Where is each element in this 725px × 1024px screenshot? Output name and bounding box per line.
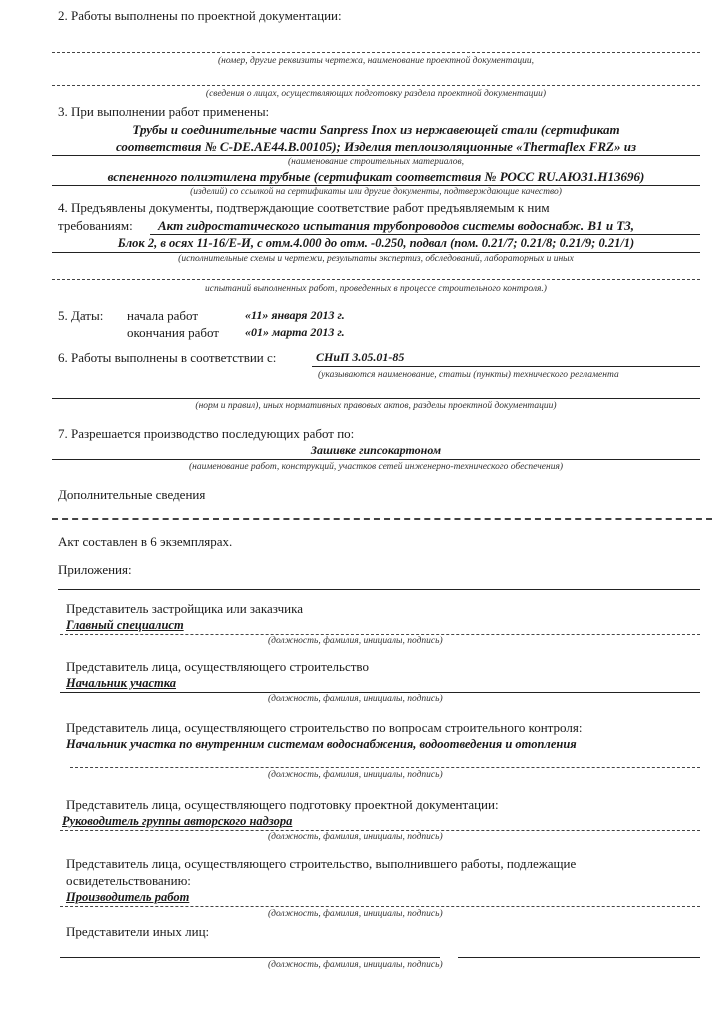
customer-rep-caption: (должность, фамилия, инициалы, подпись) bbox=[268, 636, 443, 646]
contractor-rep-label2: освидетельствованию: bbox=[66, 873, 191, 889]
customer-rep-label: Представитель застройщика или заказчика bbox=[66, 601, 303, 617]
additional-info-label: Дополнительные сведения bbox=[58, 487, 205, 503]
documents-underline2 bbox=[52, 252, 700, 253]
copies-text: Акт составлен в 6 экземплярах. bbox=[58, 534, 232, 550]
materials-underline2 bbox=[52, 185, 700, 186]
section4-heading: 4. Предъявлены документы, подтверждающие… bbox=[58, 200, 550, 216]
designers-line[interactable] bbox=[52, 85, 700, 86]
section5-heading: 5. Даты: bbox=[58, 308, 103, 324]
contractor-rep-caption: (должность, фамилия, инициалы, подпись) bbox=[268, 909, 443, 919]
start-date-label: начала работ bbox=[127, 308, 198, 324]
end-date-label: окончания работ bbox=[127, 325, 219, 341]
section6-heading: 6. Работы выполнены в соответствии с: bbox=[58, 350, 276, 366]
section7-heading: 7. Разрешается производство последующих … bbox=[58, 426, 354, 442]
other-reps-caption: (должность, фамилия, инициалы, подпись) bbox=[268, 960, 443, 970]
documents-line1: Акт гидростатического испытания трубопро… bbox=[158, 218, 634, 234]
section6-caption1: (указываются наименование, статьи (пункт… bbox=[318, 370, 619, 380]
materials-line2: соответствия № C-DE.AE44.B.00105); Издел… bbox=[52, 139, 700, 155]
additional-info-line[interactable] bbox=[52, 518, 712, 520]
control-rep-label: Представитель лица, осуществляющего стро… bbox=[66, 720, 582, 736]
section4-label: требованиям: bbox=[58, 218, 133, 234]
design-rep-label: Представитель лица, осуществляющего подг… bbox=[66, 797, 499, 813]
other-reps-label: Представители иных лиц: bbox=[66, 924, 209, 940]
builder-rep-caption: (должность, фамилия, инициалы, подпись) bbox=[268, 694, 443, 704]
other-reps-signature-line2[interactable] bbox=[458, 957, 700, 958]
materials-line1: Трубы и соединительные части Sanpress In… bbox=[52, 122, 700, 138]
design-rep-signature-line[interactable] bbox=[60, 830, 700, 831]
end-date-value: «01» марта 2013 г. bbox=[245, 325, 345, 340]
regulation-line2[interactable] bbox=[52, 398, 700, 399]
section2-heading: 2. Работы выполнены по проектной докумен… bbox=[58, 8, 342, 24]
section4-caption1: (исполнительные схемы и чертежи, результ… bbox=[52, 254, 700, 264]
attachments-line[interactable] bbox=[58, 589, 700, 590]
builder-rep-label: Представитель лица, осуществляющего стро… bbox=[66, 659, 369, 675]
design-rep-value: Руководитель группы авторского надзора bbox=[62, 814, 292, 829]
customer-rep-value: Главный специалист bbox=[66, 618, 184, 633]
contractor-rep-label: Представитель лица, осуществляющего стро… bbox=[66, 856, 576, 872]
section2-caption2: (сведения о лицах, осуществляющих подгот… bbox=[52, 89, 700, 99]
attachments-label: Приложения: bbox=[58, 562, 132, 578]
customer-rep-signature-line[interactable] bbox=[60, 634, 700, 635]
builder-rep-value: Начальник участка bbox=[66, 676, 176, 691]
design-rep-caption: (должность, фамилия, инициалы, подпись) bbox=[268, 832, 443, 842]
regulation-value: СНиП 3.05.01-85 bbox=[316, 350, 404, 365]
section3-caption2: (изделий) со ссылкой на сертификаты или … bbox=[52, 187, 700, 197]
section3-caption1: (наименование строительных материалов, bbox=[52, 157, 700, 167]
materials-line3: вспененного полиэтилена трубные (сертифи… bbox=[52, 169, 700, 185]
materials-underline1 bbox=[52, 155, 700, 156]
control-rep-caption: (должность, фамилия, инициалы, подпись) bbox=[268, 770, 443, 780]
contractor-rep-signature-line[interactable] bbox=[60, 906, 700, 907]
start-date-value: «11» января 2013 г. bbox=[245, 308, 345, 323]
next-works-underline bbox=[52, 459, 700, 460]
section7-caption: (наименование работ, конструкций, участк… bbox=[52, 462, 700, 472]
control-rep-signature-line[interactable] bbox=[70, 767, 700, 768]
section6-caption2: (норм и правил), иных нормативных правов… bbox=[52, 401, 700, 411]
documents-underline1 bbox=[150, 234, 700, 235]
section3-heading: 3. При выполнении работ применены: bbox=[58, 104, 269, 120]
next-works-value: Зашивке гипсокартоном bbox=[52, 443, 700, 458]
other-reps-signature-line1[interactable] bbox=[60, 957, 440, 958]
section2-caption1: (номер, другие реквизиты чертежа, наимен… bbox=[52, 56, 700, 66]
tests-line[interactable] bbox=[52, 279, 700, 280]
control-rep-value: Начальник участка по внутренним системам… bbox=[66, 737, 577, 752]
builder-rep-signature-line[interactable] bbox=[60, 692, 700, 693]
documents-line2: Блок 2, в осях 11-16/Е-И, с отм.4.000 до… bbox=[52, 236, 700, 251]
regulation-underline bbox=[312, 366, 700, 367]
drawing-details-line[interactable] bbox=[52, 52, 700, 53]
section4-caption2: испытаний выполненных работ, проведенных… bbox=[52, 284, 700, 294]
contractor-rep-value: Производитель работ bbox=[66, 890, 189, 905]
